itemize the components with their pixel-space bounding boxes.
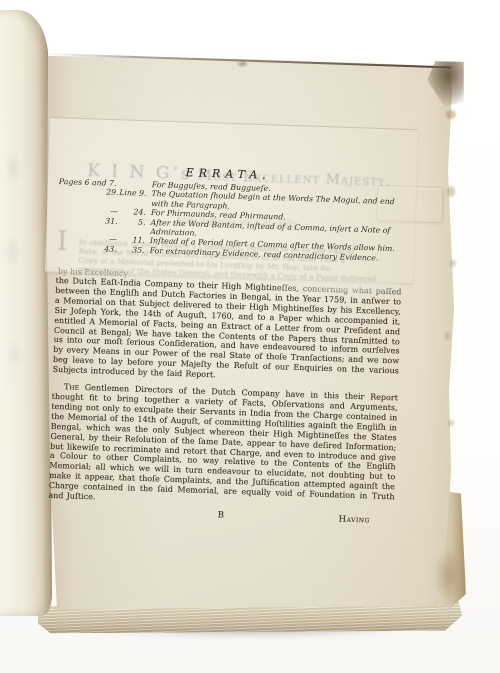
book-photograph: K I N G’s Moſt Excellent Majeſty. ERRATA…: [0, 0, 500, 673]
body-text: the Dutch Eaſt-India Company to their Hi…: [48, 276, 402, 529]
paragraph-continuation: Gentlemen Directors of the Dutch Company…: [48, 383, 398, 502]
foxing-spot: [450, 260, 456, 267]
printed-text-block: K I N G’s Moſt Excellent Majeſty. ERRATA…: [57, 148, 408, 264]
foxing-spot: [445, 332, 450, 340]
showthrough-dropcap: I: [56, 228, 68, 255]
foxing-spot: [447, 186, 455, 197]
left-upright-leaf: [0, 10, 52, 616]
catchword: Having: [338, 515, 370, 526]
foxing-spot: [446, 110, 456, 119]
paragraph-lead: The: [64, 382, 79, 391]
errata-page-ref: 29.: [58, 186, 119, 207]
foxing-band-bottom-right: [426, 538, 458, 612]
leaf-showthrough-smudge: [0, 130, 29, 450]
foxing-spot: [238, 62, 247, 66]
errata-line-ref: Line 9.: [118, 188, 147, 208]
paragraph-dutch-directors: The Gentlemen Directors of the Dutch Com…: [48, 382, 398, 512]
foxing-spot: [448, 420, 454, 426]
paragraph-report: the Dutch Eaſt-India Company to their Hi…: [52, 276, 401, 386]
